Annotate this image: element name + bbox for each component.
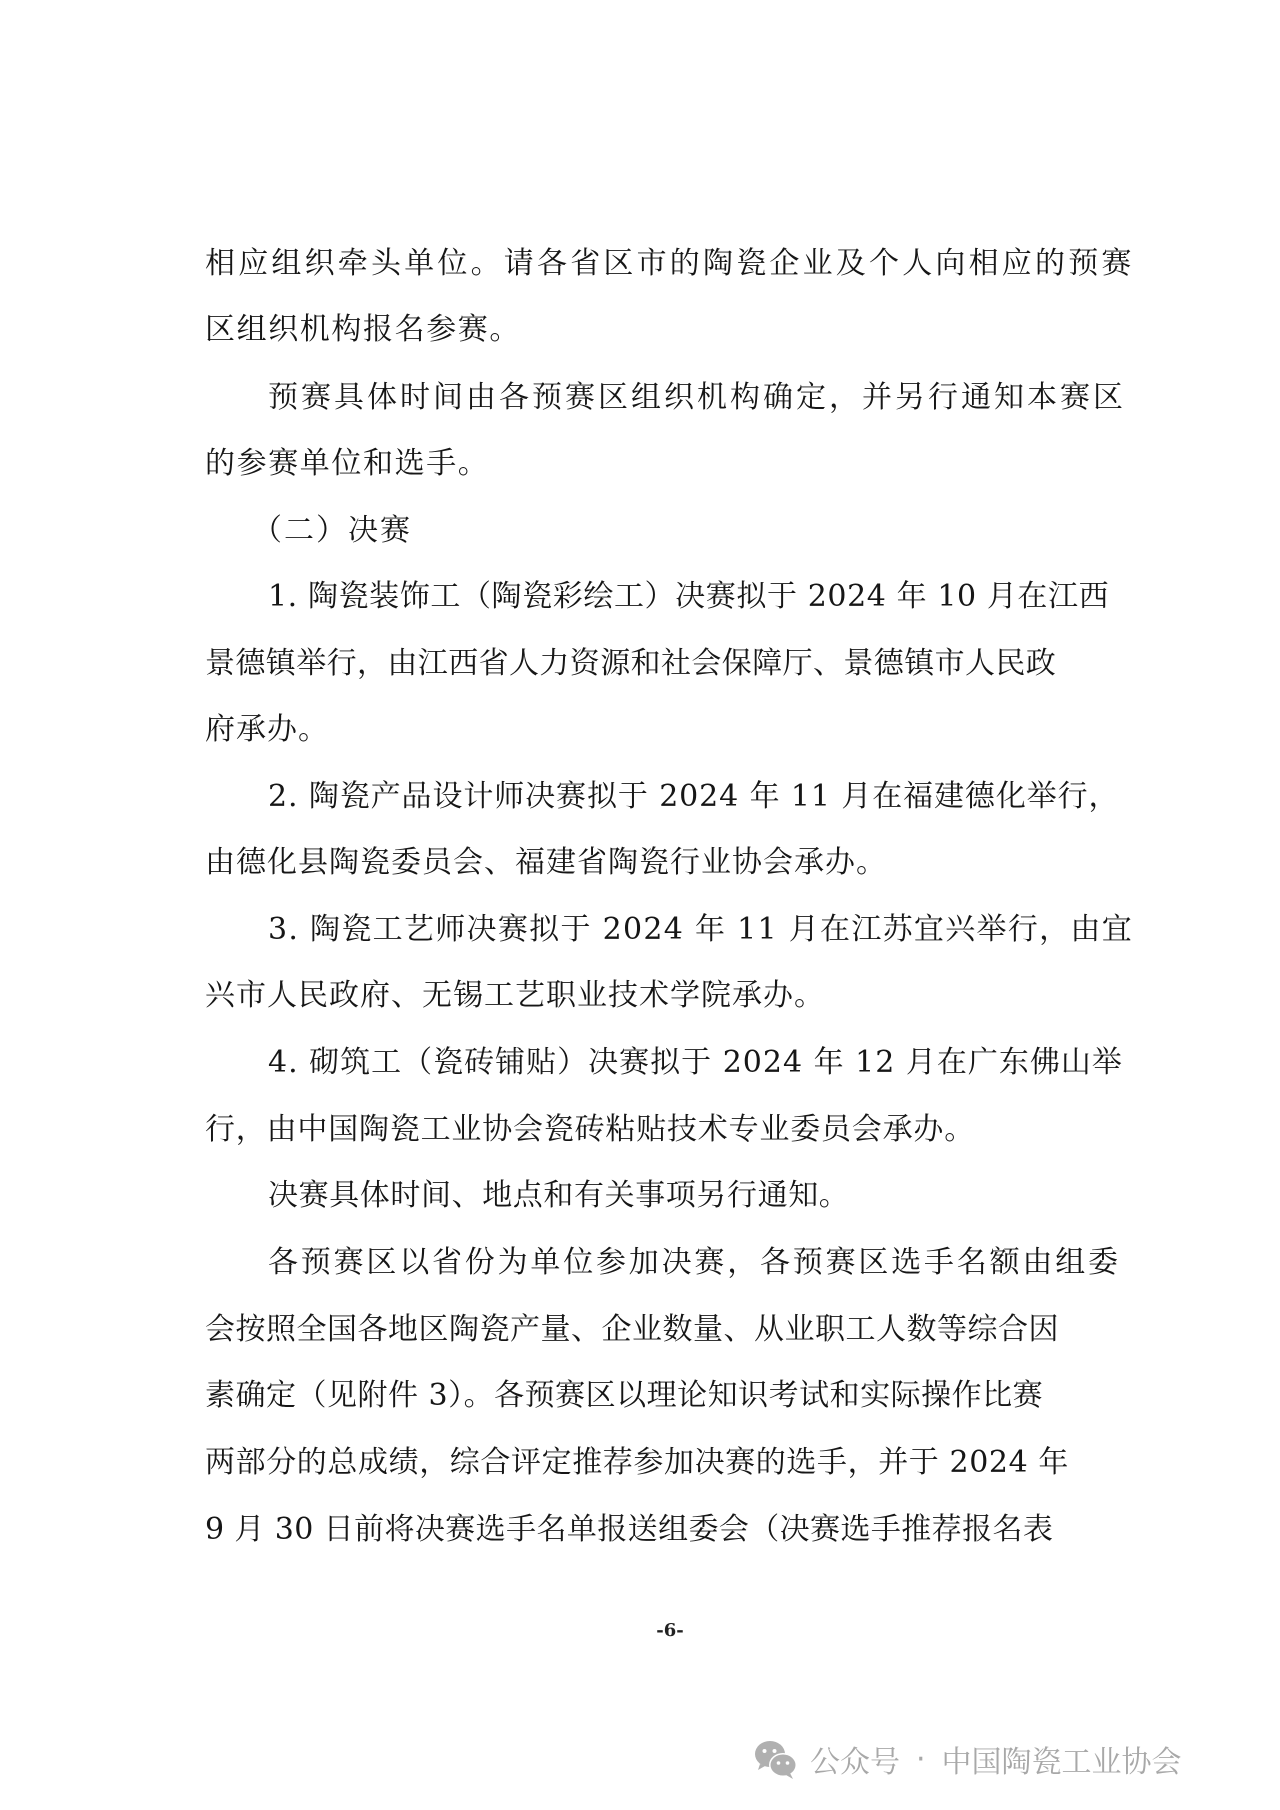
text-line: （二）决赛 <box>252 511 412 551</box>
text-line: 由德化县陶瓷委员会、福建省陶瓷行业协会承办。 <box>205 843 887 883</box>
text-line: 行，由中国陶瓷工业协会瓷砖粘贴技术专业委员会承办。 <box>205 1110 975 1150</box>
wechat-icon <box>752 1737 800 1781</box>
text-line: 2. 陶瓷产品设计师决赛拟于 2024 年 11 月在福建德化举行， <box>268 777 1119 817</box>
text-line: 区组织机构报名参赛。 <box>205 310 521 350</box>
text-line: 会按照全国各地区陶瓷产量、企业数量、从业职工人数等综合因 <box>205 1310 1059 1350</box>
text-line: 的参赛单位和选手。 <box>205 444 489 484</box>
text-line: 预赛具体时间由各预赛区组织机构确定，并另行通知本赛区 <box>268 378 1126 418</box>
text-line: 相应组织牵头单位。请各省区市的陶瓷企业及个人向相应的预赛 <box>205 244 1135 284</box>
watermark-account-name: 中国陶瓷工业协会 <box>942 1737 1182 1781</box>
text-line: 3. 陶瓷工艺师决赛拟于 2024 年 11 月在江苏宜兴举行，由宜 <box>268 910 1133 950</box>
text-line: 府承办。 <box>205 710 329 750</box>
page-number: -6- <box>650 1620 690 1641</box>
text-line: 各预赛区以省份为单位参加决赛，各预赛区选手名额由组委 <box>268 1243 1121 1283</box>
text-line: 两部分的总成绩，综合评定推荐参加决赛的选手，并于 2024 年 <box>205 1443 1069 1483</box>
text-line: 4. 砌筑工（瓷砖铺贴）决赛拟于 2024 年 12 月在广东佛山举 <box>268 1043 1123 1083</box>
text-line: 1. 陶瓷装饰工（陶瓷彩绘工）决赛拟于 2024 年 10 月在江西 <box>268 577 1109 617</box>
text-line: 9 月 30 日前将决赛选手名单报送组委会（决赛选手推荐报名表 <box>205 1510 1053 1550</box>
text-line: 决赛具体时间、地点和有关事项另行通知。 <box>268 1176 849 1216</box>
text-line: 景德镇举行，由江西省人力资源和社会保障厅、景德镇市人民政 <box>205 644 1056 684</box>
wechat-watermark: 公众号 · 中国陶瓷工业协会 <box>752 1737 1182 1781</box>
watermark-separator: · <box>910 1742 932 1777</box>
text-line: 兴市人民政府、无锡工艺职业技术学院承办。 <box>205 976 825 1016</box>
watermark-label: 公众号 <box>810 1737 900 1781</box>
text-line: 素确定（见附件 3）。各预赛区以理论知识考试和实际操作比赛 <box>205 1376 1043 1416</box>
